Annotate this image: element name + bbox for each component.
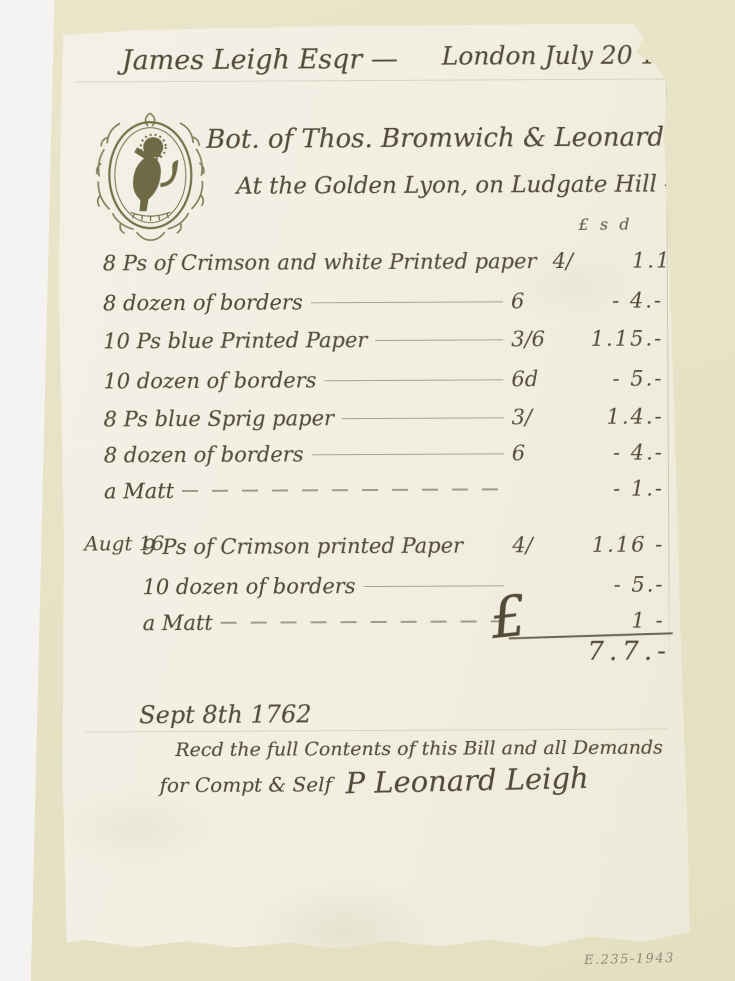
item-amount: - 1.-	[558, 476, 664, 501]
item-amount: 1 -	[559, 608, 665, 633]
item-description: 8 Ps blue Sprig paper	[104, 406, 335, 431]
bill-line-item: 8 Ps of Crimson and white Printed paper …	[57, 248, 663, 275]
receipt-date: Sept 8th 1762	[139, 700, 312, 729]
leader-line	[182, 489, 504, 492]
receipt-statement: Recd the full Contents of this Bill and …	[175, 736, 663, 761]
bill-total-amount: 7.7.-	[569, 636, 671, 667]
item-description: 8 Ps of Crimson and white Printed paper	[103, 249, 537, 275]
item-amount: - 5.-	[557, 366, 663, 391]
item-rate: 6	[511, 289, 557, 313]
bill-line-item: a Matt 1 -	[59, 608, 665, 635]
horizontal-crease-top	[74, 78, 674, 82]
bill-line-item: 8 dozen of borders 6 - 4.-	[57, 288, 663, 315]
item-amount: - 4.-	[558, 440, 664, 465]
item-amount: - 5.-	[558, 572, 664, 597]
leader-line	[324, 379, 503, 381]
item-rate: 4/	[552, 249, 598, 273]
bill-line-item: a Matt - 1.-	[58, 476, 664, 503]
item-amount: 1.15.-	[557, 326, 663, 351]
bill-document: James Leigh Esqr — London July 20 1762	[56, 22, 693, 959]
item-amount: 1.4.-	[558, 404, 664, 429]
leader-line	[375, 339, 503, 341]
bill-line-item: 10 dozen of borders 6d - 5.-	[57, 366, 663, 393]
bill-line-item: Augt 16 9 Ps of Crimson printed Paper 4/…	[58, 532, 664, 559]
item-rate: 3/	[512, 405, 558, 429]
margin-date: Augt 16	[84, 531, 164, 555]
pound-currency-sign: £	[487, 584, 530, 653]
vendor-line: Bot. of Thos. Bromwich & Leonard Leigh	[206, 122, 735, 155]
item-description: a Matt	[143, 611, 213, 635]
item-rate: 6	[512, 441, 558, 465]
bill-line-item: 10 dozen of borders - 5.-	[58, 572, 664, 599]
item-description: 9 Ps of Crimson printed Paper	[142, 534, 463, 560]
bill-line-item: 8 dozen of borders 6 - 4.-	[58, 440, 664, 467]
scanned-bill-page: { "page": { "background_color": "#f4f3f1…	[0, 0, 735, 981]
signature: P Leonard Leigh	[345, 761, 589, 801]
leader-line	[221, 621, 505, 624]
horizontal-crease-bottom	[85, 728, 669, 732]
currency-column-header: £ s d	[579, 215, 633, 234]
item-description: 8 dozen of borders	[103, 290, 303, 315]
accession-number: E.235-1943	[584, 951, 675, 968]
item-rate: 3/6	[511, 327, 557, 351]
item-description: 10 Ps blue Printed Paper	[103, 328, 367, 353]
item-amount: - 4.-	[557, 288, 663, 313]
vendor-address-line: At the Golden Lyon, on Ludgate Hill —	[236, 171, 687, 199]
bill-line-item: 8 Ps blue Sprig paper 3/ 1.4.-	[58, 404, 664, 431]
leader-line	[311, 301, 503, 303]
leader-line	[312, 453, 504, 455]
item-amount: 1.16 -	[558, 532, 664, 557]
item-description: a Matt	[104, 479, 174, 503]
leader-line	[364, 585, 505, 587]
addressee: James Leigh Esqr —	[122, 44, 398, 76]
item-rate: 4/	[512, 533, 558, 557]
item-rate: 6d	[511, 367, 557, 391]
leader-line	[342, 417, 504, 419]
item-description: 10 dozen of borders	[103, 368, 316, 393]
bill-line-item: 10 Ps blue Printed Paper 3/6 1.15.-	[57, 326, 663, 353]
rampant-lion-crest-icon	[90, 109, 211, 246]
receipt-for-line: for Compt & Self	[159, 772, 331, 797]
item-description: 8 dozen of borders	[104, 442, 304, 467]
item-description: 10 dozen of borders	[142, 574, 355, 599]
